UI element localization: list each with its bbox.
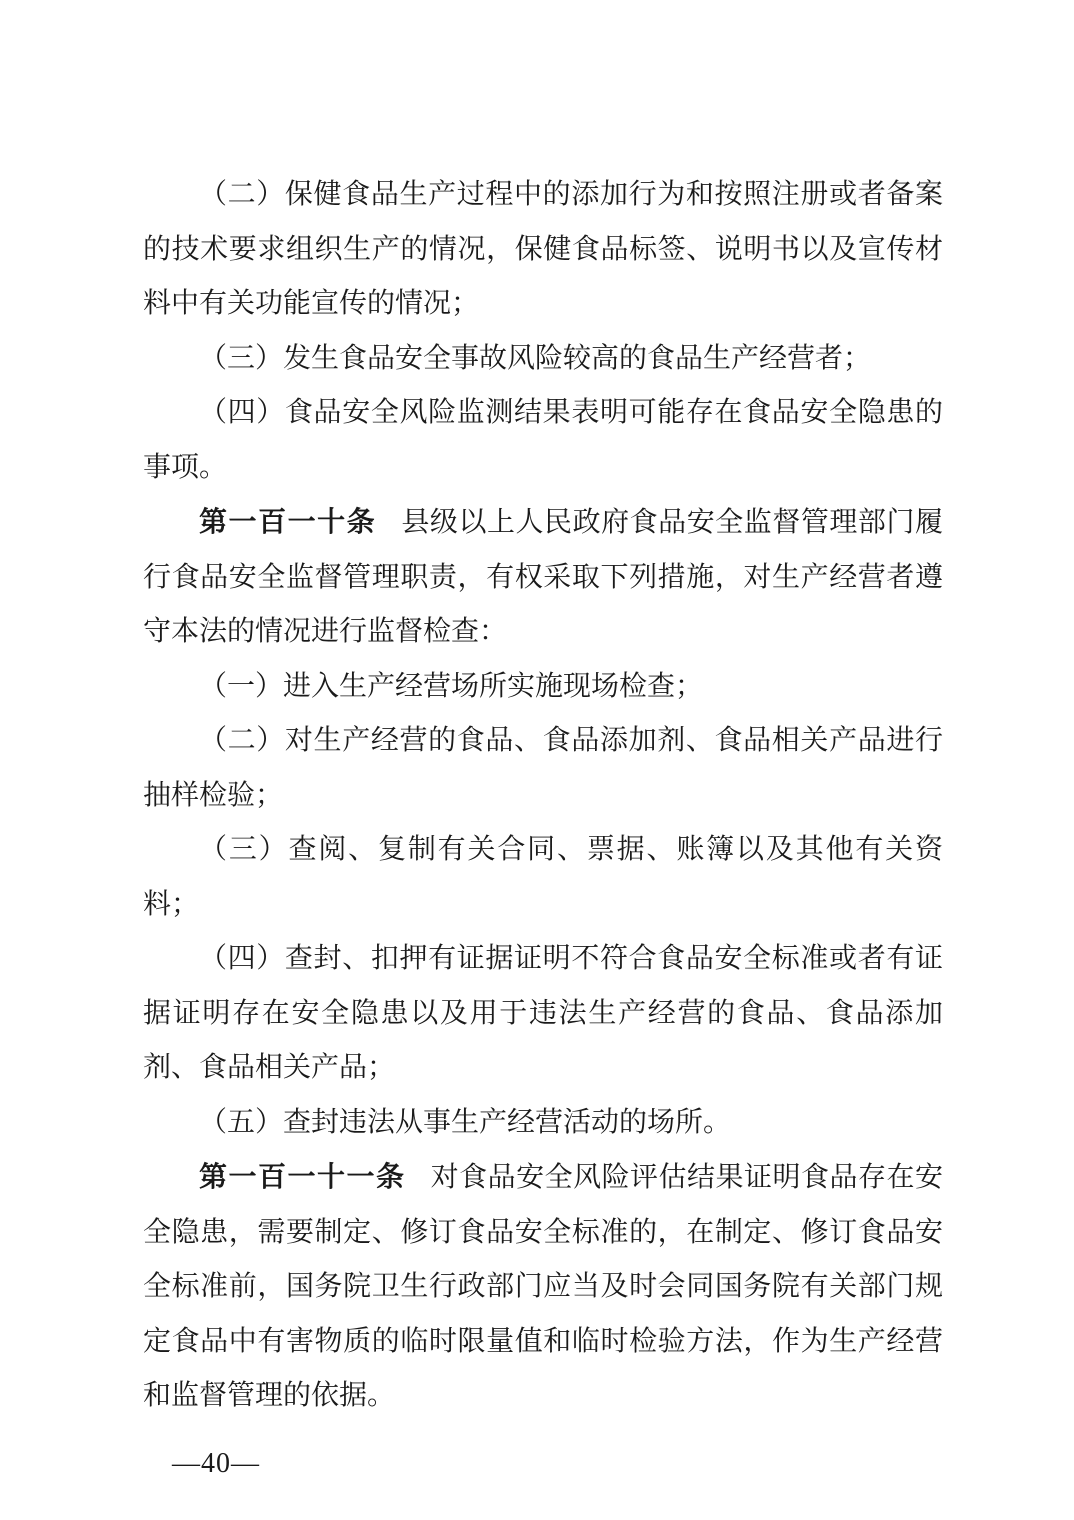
page-number: —40— (172, 1442, 260, 1486)
paragraph-text: 对食品安全风险评估结果证明食品存在安全隐患，需要制定、修订食品安全标准的，在制定… (143, 1162, 943, 1411)
paragraph: （四）食品安全风险监测结果表明可能存在食品安全隐患的事项。 (143, 386, 943, 495)
document-page: （二）保健食品生产过程中的添加行为和按照注册或者备案的技术要求组织生产的情况，保… (0, 0, 1074, 1520)
paragraph-text: （一）进入生产经营场所实施现场检查； (199, 671, 703, 702)
paragraph: （四）查封、扣押有证据证明不符合食品安全标准或者有证据证明存在安全隐患以及用于违… (143, 932, 943, 1096)
paragraph: （二）保健食品生产过程中的添加行为和按照注册或者备案的技术要求组织生产的情况，保… (143, 168, 943, 332)
document-text-block: （二）保健食品生产过程中的添加行为和按照注册或者备案的技术要求组织生产的情况，保… (143, 168, 943, 1424)
paragraph-text: （四）食品安全风险监测结果表明可能存在食品安全隐患的事项。 (143, 397, 943, 483)
paragraph-text: （二）保健食品生产过程中的添加行为和按照注册或者备案的技术要求组织生产的情况，保… (143, 179, 943, 319)
paragraph-text: （三）发生食品安全事故风险较高的食品生产经营者； (199, 343, 871, 374)
article-number: 第一百一十条 (199, 506, 376, 537)
paragraph: （三）查阅、复制有关合同、票据、账簿以及其他有关资料； (143, 823, 943, 932)
paragraph-text: （二）对生产经营的食品、食品添加剂、食品相关产品进行抽样检验； (143, 725, 943, 811)
paragraph-article-110: 第一百一十条县级以上人民政府食品安全监督管理部门履行食品安全监督管理职责，有权采… (143, 495, 943, 660)
paragraph-text: （四）查封、扣押有证据证明不符合食品安全标准或者有证据证明存在安全隐患以及用于违… (143, 943, 943, 1083)
paragraph: （二）对生产经营的食品、食品添加剂、食品相关产品进行抽样检验； (143, 714, 943, 823)
paragraph-text: （五）查封违法从事生产经营活动的场所。 (199, 1107, 731, 1138)
paragraph: （五）查封违法从事生产经营活动的场所。 (143, 1096, 943, 1151)
paragraph-article-111: 第一百一十一条对食品安全风险评估结果证明食品存在安全隐患，需要制定、修订食品安全… (143, 1150, 943, 1424)
article-number: 第一百一十一条 (199, 1161, 405, 1192)
paragraph: （三）发生食品安全事故风险较高的食品生产经营者； (143, 332, 943, 387)
paragraph-text: （三）查阅、复制有关合同、票据、账簿以及其他有关资料； (143, 834, 943, 920)
paragraph: （一）进入生产经营场所实施现场检查； (143, 660, 943, 715)
